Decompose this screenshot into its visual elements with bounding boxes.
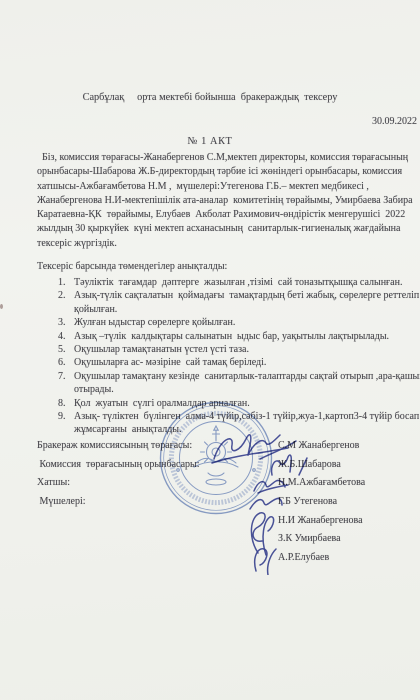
item-text: Оқушылар тамақтанатын үстел үсті таза.	[74, 343, 420, 356]
scanned-document-page: Сарбұлақ орта мектебі бойынша бракеражды…	[0, 0, 420, 700]
item-number: 3.	[58, 316, 74, 329]
findings-heading: Тексеріс барсында төмендегілер анықталды…	[37, 261, 227, 272]
item-text: Азық-түлік сақталатын қоймадағы тамақтар…	[74, 289, 420, 316]
item-number: 2.	[58, 289, 74, 316]
item-number: 4.	[58, 330, 74, 343]
list-item: 1.Тәуліктік тағамдар дәптерге жазылған ,…	[37, 276, 420, 289]
scan-artifact	[0, 304, 3, 309]
item-number: 9.	[58, 410, 74, 437]
list-item: 6.Оқушыларға ас- мәзіріне сай тамақ бері…	[37, 356, 420, 369]
item-number: 7.	[58, 370, 74, 397]
document-title: Сарбұлақ орта мектебі бойынша бракеражды…	[0, 92, 420, 103]
item-number: 5.	[58, 343, 74, 356]
list-item: 3.Жулған ыдыстар сөрелерге қойылған.	[37, 316, 420, 329]
act-number: № 1 АКТ	[0, 136, 420, 147]
intro-paragraph: Біз, комиссия төрағасы-Жанабергенов С.М,…	[37, 151, 420, 251]
item-number: 8.	[58, 397, 74, 410]
item-text: Оқушылар тамақтану кезінде санитарлык-та…	[74, 370, 420, 397]
list-item: 4.Азық –түлік калдықтары салынатын ыдыс …	[37, 330, 420, 343]
item-text: Жулған ыдыстар сөрелерге қойылған.	[74, 316, 420, 329]
list-item: 5.Оқушылар тамақтанатын үстел үсті таза.	[37, 343, 420, 356]
item-number: 1.	[58, 276, 74, 289]
item-text: Оқушыларға ас- мәзіріне сай тамақ беріле…	[74, 356, 420, 369]
list-item: 2.Азық-түлік сақталатын қоймадағы тамақт…	[37, 289, 420, 316]
list-item: 7.Оқушылар тамақтану кезінде санитарлык-…	[37, 370, 420, 397]
item-text: Тәуліктік тағамдар дәптерге жазылған ,ті…	[74, 276, 420, 289]
item-number: 6.	[58, 356, 74, 369]
item-text: Азық –түлік калдықтары салынатын ыдыс ба…	[74, 330, 420, 343]
document-date: 30.09.2022	[372, 116, 417, 127]
signature-ink-icon	[200, 425, 360, 575]
